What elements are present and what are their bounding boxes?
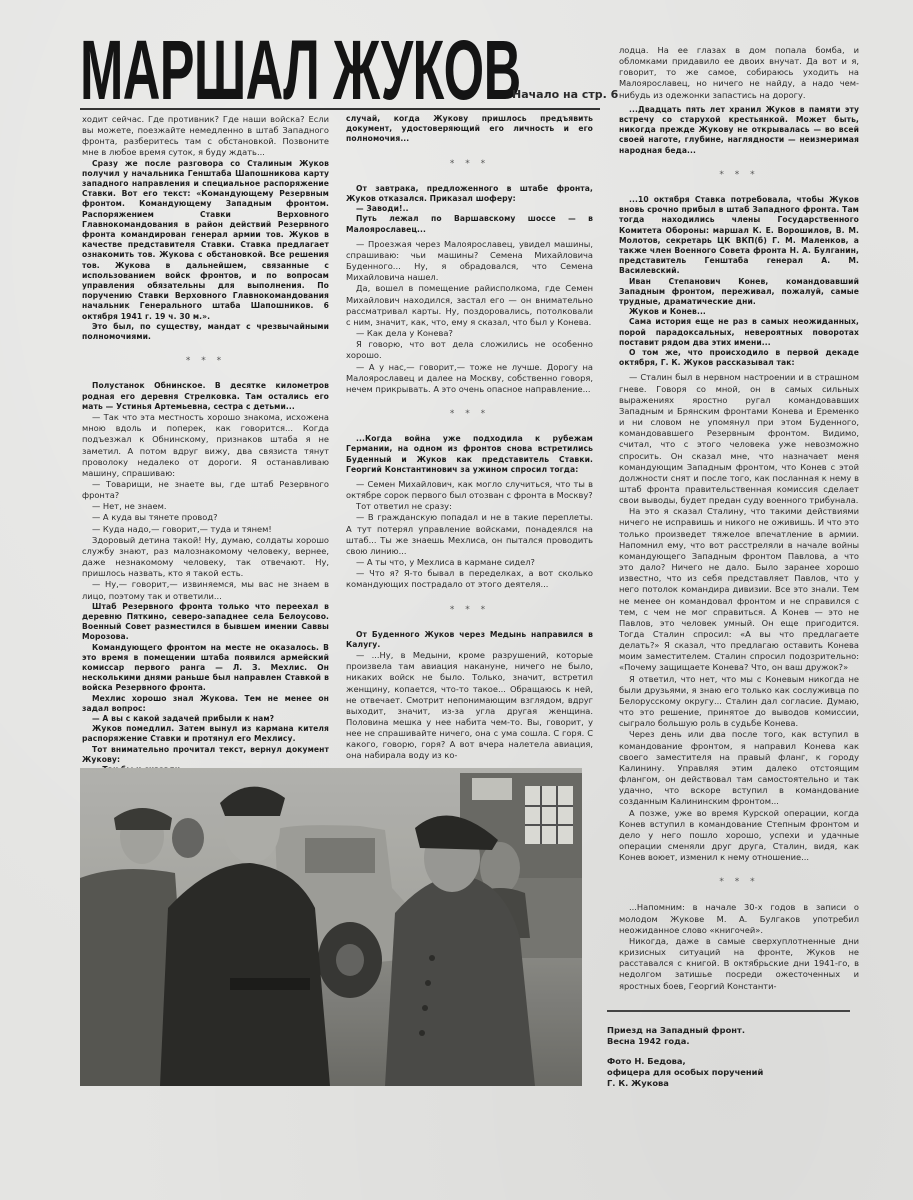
quote-paragraph: ходит сейчас. Где противник? Где наши во… [82, 114, 329, 159]
continued-from-label: Начало на стр. 6 [512, 88, 618, 101]
narrative-paragraph: От Буденного Жуков через Медынь направил… [346, 630, 593, 650]
narrative-paragraph: ...Двадцать пять лет хранил Жуков в памя… [619, 105, 859, 156]
quote-paragraph: — Нет, не знаем. [82, 501, 329, 512]
quote-paragraph: — А куда вы тянете провод? [82, 512, 329, 523]
caption-title: Приезд на Западный фронт. Весна 1942 год… [607, 1025, 857, 1047]
narrative-paragraph: Жуков помедлил. Затем вынул из кармана к… [82, 724, 329, 744]
narrative-paragraph: ...Когда война уже подходила к рубежам Г… [346, 434, 593, 475]
quote-paragraph: — Как дела у Конева? [346, 328, 593, 339]
narrative-paragraph: ...10 октября Ставка потребовала, чтобы … [619, 195, 859, 277]
section-separator: * * * [346, 409, 593, 420]
narrative-paragraph: Сразу же после разговора со Сталиным Жук… [82, 159, 329, 322]
quote-paragraph: ...Напомним: в начале 30-х годов в запис… [619, 902, 859, 935]
photo-image [80, 768, 582, 1086]
narrative-paragraph: Это был, по существу, мандат с чрезвычай… [82, 322, 329, 342]
narrative-paragraph: Путь лежал по Варшавскому шоссе — в Мало… [346, 214, 593, 234]
quote-paragraph: — Семен Михайлович, как могло случиться,… [346, 479, 593, 501]
quote-paragraph: Я ответил, что нет, что мы с Коневым ник… [619, 674, 859, 730]
quote-paragraph: Тот ответил не сразу: [346, 501, 593, 512]
quote-paragraph: На это я сказал Сталину, что такими дейс… [619, 506, 859, 673]
narrative-paragraph: Командующего фронтом на месте не оказало… [82, 643, 329, 694]
narrative-paragraph: Сама история еще не раз в самых неожидан… [619, 317, 859, 348]
caption-credit: Фото Н. Бедова, офицера для особых поруч… [607, 1056, 857, 1089]
article-column-2: случай, когда Жукову пришлось предъявить… [346, 114, 593, 762]
article-column-1: ходит сейчас. Где противник? Где наши во… [82, 114, 329, 785]
quote-paragraph: — В гражданскую попадал и не в такие пер… [346, 512, 593, 557]
quote-paragraph: Через день или два после того, как вступ… [619, 729, 859, 807]
quote-paragraph: — Так что эта местность хорошо знакома, … [82, 412, 329, 479]
quote-paragraph: Я говорю, что вот дела сложились не особ… [346, 339, 593, 361]
quote-paragraph: — А ты что, у Мехлиса в кармане сидел? [346, 557, 593, 568]
quote-paragraph: — А у нас,— говорит,— тоже не лучше. Дор… [346, 362, 593, 395]
section-separator: * * * [619, 170, 859, 181]
quote-paragraph: — Ну,— говорит,— извиняемся, мы вас не з… [82, 579, 329, 601]
narrative-paragraph: — Заводи!.. [346, 204, 593, 214]
section-separator: * * * [619, 877, 859, 888]
caption-rule [607, 1010, 850, 1012]
page-title: МАРШАЛ ЖУКОВ [80, 30, 521, 110]
quote-paragraph: лодца. На ее глазах в дом попала бомба, … [619, 45, 859, 101]
quote-paragraph: — Сталин был в нервном настроении и в ст… [619, 372, 859, 506]
narrative-paragraph: Тот внимательно прочитал текст, вернул д… [82, 745, 329, 765]
quote-paragraph: Никогда, даже в самые сверхуплотненные д… [619, 936, 859, 992]
narrative-paragraph: Штаб Резервного фронта только что переех… [82, 602, 329, 643]
narrative-paragraph: Полустанок Обнинское. В десятке километр… [82, 381, 329, 412]
narrative-paragraph: Мехлис хорошо знал Жукова. Тем не менее … [82, 694, 329, 714]
quote-paragraph: — Куда надо,— говорит,— туда и тянем! [82, 524, 329, 535]
section-separator: * * * [346, 605, 593, 616]
narrative-paragraph: Жуков и Конев... [619, 307, 859, 317]
narrative-paragraph: — А вы с какой задачей прибыли к нам? [82, 714, 329, 724]
section-separator: * * * [82, 356, 329, 367]
photo-caption: Приезд на Западный фронт. Весна 1942 год… [607, 1025, 857, 1098]
quote-paragraph: — Проезжая через Малоярославец, увидел м… [346, 239, 593, 284]
quote-paragraph: — Что я? Я-то бывал в переделках, а вот … [346, 568, 593, 590]
photo-zhukov-western-front [80, 768, 582, 1086]
narrative-paragraph: О том же, что происходило в первой декад… [619, 348, 859, 368]
header-rule [80, 108, 600, 110]
quote-paragraph: Здоровый детина такой! Ну, думаю, солдат… [82, 535, 329, 580]
narrative-paragraph: Иван Степанович Конев, командовавший Зап… [619, 277, 859, 308]
quote-paragraph: — Товарищи, не знаете вы, где штаб Резер… [82, 479, 329, 501]
article-column-3: лодца. На ее глазах в дом попала бомба, … [619, 45, 859, 992]
narrative-paragraph: случай, когда Жукову пришлось предъявить… [346, 114, 593, 145]
quote-paragraph: А позже, уже во время Курской операции, … [619, 808, 859, 864]
narrative-paragraph: От завтрака, предложенного в штабе фронт… [346, 184, 593, 204]
section-separator: * * * [346, 159, 593, 170]
quote-paragraph: Да, вошел в помещение райисполкома, где … [346, 283, 593, 328]
quote-paragraph: — ...Ну, в Медыни, кроме разрушений, кот… [346, 650, 593, 762]
